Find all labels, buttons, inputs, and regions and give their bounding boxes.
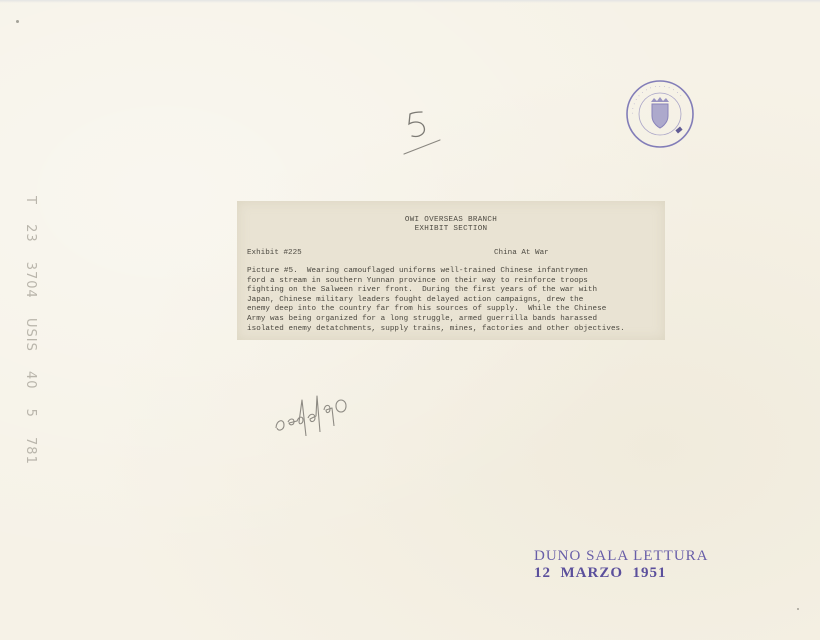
pencil-signature xyxy=(272,392,362,442)
caption-line: fighting on the Salween river front. Dur… xyxy=(247,286,665,296)
stamp-location: DUNO SALA LETTURA xyxy=(534,548,734,565)
date-received-stamp: DUNO SALA LETTURA 12 MARZO 1951 xyxy=(534,548,734,582)
slip-header-branch: OWI OVERSEAS BRANCH xyxy=(237,216,665,225)
side-note-text: T 23 3704 USIS 40 5 781 xyxy=(23,196,38,465)
dust-speck xyxy=(797,608,799,610)
exhibit-number: Exhibit #225 xyxy=(247,249,302,258)
institutional-seal-stamp: · · · · · · · · · · · · · · · xyxy=(624,78,696,150)
slip-header-section: EXHIBIT SECTION xyxy=(237,225,665,234)
caption-line: enemy deep into the country far from his… xyxy=(247,305,665,315)
caption-line: Army was being organized for a long stru… xyxy=(247,315,665,325)
caption-line: Picture #5. Wearing camouflaged uniforms… xyxy=(247,267,665,277)
caption-line: ford a stream in southern Yunnan provinc… xyxy=(247,277,665,287)
caption-line: Japan, Chinese military leaders fought d… xyxy=(247,296,665,306)
dust-speck xyxy=(16,20,19,23)
side-pencil-annotation: T 23 3704 USIS 40 5 781 xyxy=(10,196,40,396)
paper-edge xyxy=(0,0,820,3)
caption-text: Picture #5. Wearing camouflaged uniforms… xyxy=(247,267,665,334)
slip-header: OWI OVERSEAS BRANCH EXHIBIT SECTION xyxy=(237,216,665,234)
series-title: China At War xyxy=(494,249,549,258)
typed-caption-slip: OWI OVERSEAS BRANCH EXHIBIT SECTION Exhi… xyxy=(237,201,665,340)
handwritten-number-five xyxy=(402,108,442,158)
stamp-date: 12 MARZO 1951 xyxy=(534,565,734,582)
caption-line: isolated enemy detatchments, supply trai… xyxy=(247,325,665,335)
